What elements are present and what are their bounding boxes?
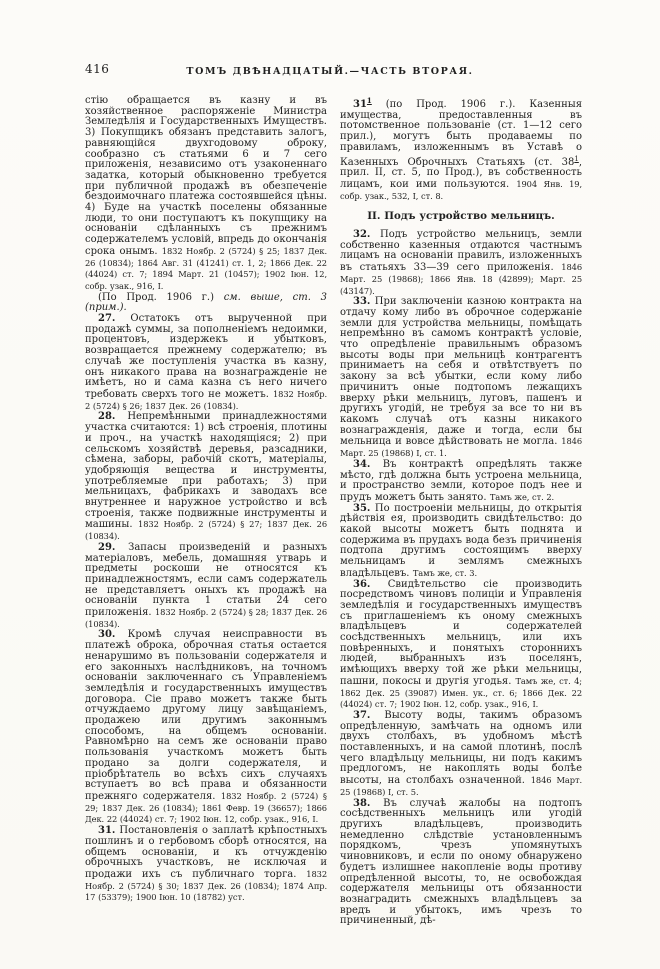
text-span: 37.	[353, 710, 370, 721]
text-span: 35.	[353, 503, 370, 514]
text-span: Остатокъ отъ вырученной при продажѣ сумм…	[85, 313, 327, 400]
text-span: Постановленія о заплатѣ крѣпостныхъ пошл…	[85, 825, 327, 880]
paragraph: 30. Кромѣ случая неисправности въ платеж…	[85, 630, 327, 826]
text-span: При заключеніи казною контракта на отдач…	[340, 296, 582, 447]
paragraph: стію обращается въ казну и въ хозяйствен…	[85, 96, 327, 293]
paragraph: 32. Подъ устройство мельницъ, земли собс…	[340, 230, 582, 297]
text-span: 31	[353, 99, 367, 110]
text-span: Въ случаѣ жалобы на подтопъ сосѣдственны…	[340, 798, 582, 927]
paragraph: 38. Въ случаѣ жалобы на подтопъ сосѣдств…	[340, 799, 582, 927]
text-span: Тамъ же, ст. 2.	[490, 492, 554, 502]
text-span: Свидѣтельство сіе производить посредство…	[340, 579, 582, 687]
text-span: (по Прод. 1906 г.). Казенныя имущества, …	[340, 99, 582, 168]
paragraph: 36. Свидѣтельство сіе производить посред…	[340, 580, 582, 711]
column-right: 311 (по Прод. 1906 г.). Казенныя имущест…	[340, 96, 582, 927]
text-span: 32.	[353, 229, 370, 240]
paragraph: 37. Высоту воды, такимъ образомъ опредѣл…	[340, 711, 582, 799]
scanned-page: 416 ТОМЪ ДВѢНАДЦАТЫЙ.—ЧАСТЬ ВТОРАЯ. стію…	[0, 0, 660, 969]
paragraph: 27. Остатокъ отъ вырученной при продажѣ …	[85, 314, 327, 412]
paragraph: 34. Въ контрактѣ опредѣлять также мѣсто,…	[340, 460, 582, 504]
paragraph: 35. По построеніи мельницы, до открытія …	[340, 504, 582, 580]
paragraph: 311 (по Прод. 1906 г.). Казенныя имущест…	[340, 96, 582, 202]
text-span: 31.	[98, 825, 115, 836]
column-left: стію обращается въ казну и въ хозяйствен…	[85, 96, 327, 927]
paragraph: 33. При заключеніи казною контракта на о…	[340, 297, 582, 460]
text-span: 30.	[98, 629, 115, 640]
text-span: 27.	[98, 313, 115, 324]
page-number: 416	[85, 62, 109, 76]
text-span: 38.	[353, 798, 370, 809]
paragraph: 29. Запасы произведеній и разныхъ матері…	[85, 543, 327, 631]
text-span: Непремѣнными принадлежностями участка сч…	[85, 411, 327, 530]
text-span: 36.	[353, 579, 370, 590]
text-span: Подъ устройство мельницъ, земли собствен…	[340, 229, 582, 273]
text-span: 33.	[353, 296, 370, 307]
text-span: II. Подъ устройство мельницъ.	[367, 210, 555, 222]
text-span: Кромѣ случая неисправности въ платежѣ об…	[85, 629, 327, 802]
page-header: 416 ТОМЪ ДВѢНАДЦАТЫЙ.—ЧАСТЬ ВТОРАЯ.	[0, 0, 660, 90]
section-heading: II. Подъ устройство мельницъ.	[340, 211, 582, 222]
text-span: Тамъ же, ст. 3.	[413, 568, 477, 578]
text-span: 34.	[353, 459, 370, 470]
paragraph: (По Прод. 1906 г.) см. выше, ст. 3 (прим…	[85, 293, 327, 314]
paragraph: 28. Непремѣнными принадлежностями участк…	[85, 412, 327, 542]
text-span: 28.	[98, 411, 115, 422]
paragraph: 31. Постановленія о заплатѣ крѣпостныхъ …	[85, 826, 327, 904]
text-columns: стію обращается въ казну и въ хозяйствен…	[0, 90, 660, 927]
text-span: 29.	[98, 542, 115, 553]
text-span: стію обращается въ казну и въ хозяйствен…	[85, 95, 327, 257]
text-span: (По Прод. 1906 г.)	[98, 292, 224, 303]
